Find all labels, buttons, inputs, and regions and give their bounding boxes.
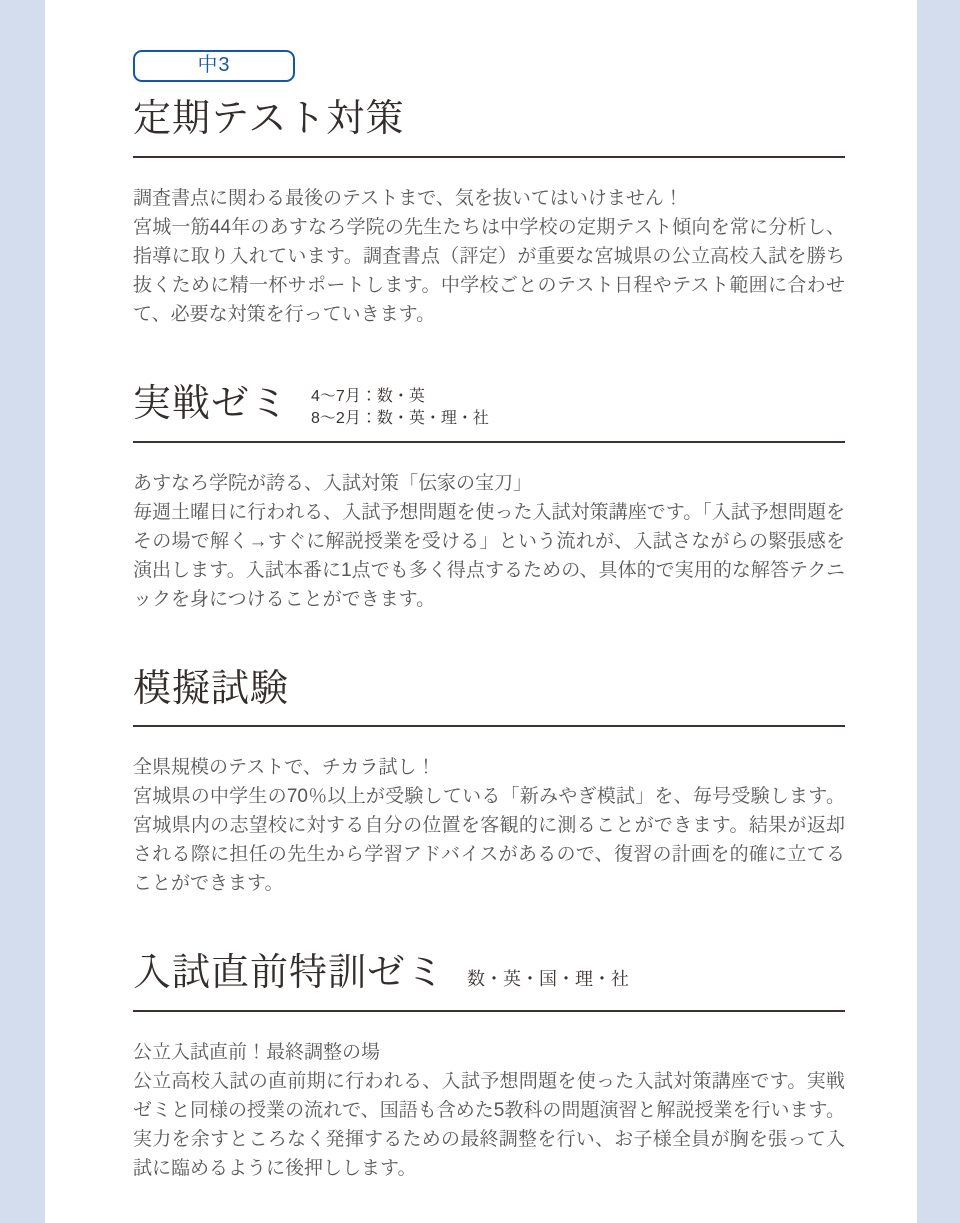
paragraph-text: 宮城一筋44年のあすなろ学院の先生たちは中学校の定期テスト傾向を常に分析し、指導… — [133, 213, 845, 329]
paragraph-lead: あすなろ学院が誇る、入試対策「伝家の宝刀」 — [133, 469, 845, 498]
paragraph-text: 毎週土曜日に行われる、入試予想問題を使った入試対策講座です。「入試予想問題をその… — [133, 498, 845, 614]
section-title: 入試直前特訓ゼミ — [133, 950, 445, 998]
subject-list: 数・英・国・理・社 — [467, 959, 629, 989]
section-pre-exam-special-seminar: 入試直前特訓ゼミ 数・英・国・理・社 公立入試直前！最終調整の場 公立高校入試の… — [133, 950, 845, 1183]
section-title: 実戦ゼミ — [133, 381, 289, 429]
section-title: 定期テスト対策 — [133, 96, 404, 144]
section-header: 定期テスト対策 — [133, 96, 845, 158]
section-title: 模擬試験 — [133, 666, 289, 714]
section-paragraph: 全県規模のテストで、チカラ試し！ 宮城県の中学生の70％以上が受験している「新み… — [133, 753, 845, 898]
section-paragraph: 調査書点に関わる最後のテストまで、気を抜いてはいけません！ 宮城一筋44年のあす… — [133, 184, 845, 329]
content-column: 中3 定期テスト対策 調査書点に関わる最後のテストまで、気を抜いてはいけません！… — [45, 0, 917, 1223]
section-header: 実戦ゼミ 4〜7月：数・英 8〜2月：数・英・理・社 — [133, 381, 845, 443]
section-mock-exam: 模擬試験 全県規模のテストで、チカラ試し！ 宮城県の中学生の70％以上が受験して… — [133, 666, 845, 899]
section-regular-test-prep: 定期テスト対策 調査書点に関わる最後のテストまで、気を抜いてはいけません！ 宮城… — [133, 96, 845, 329]
paragraph-text: 公立高校入試の直前期に行われる、入試予想問題を使った入試対策講座です。実戦ゼミと… — [133, 1067, 845, 1183]
subject-schedule: 4〜7月：数・英 8〜2月：数・英・理・社 — [311, 381, 489, 429]
content-panel: 中3 定期テスト対策 調査書点に関わる最後のテストまで、気を抜いてはいけません！… — [45, 0, 917, 1223]
paragraph-lead: 全県規模のテストで、チカラ試し！ — [133, 753, 845, 782]
section-header: 入試直前特訓ゼミ 数・英・国・理・社 — [133, 950, 845, 1012]
section-jissen-seminar: 実戦ゼミ 4〜7月：数・英 8〜2月：数・英・理・社 あすなろ学院が誇る、入試対… — [133, 381, 845, 614]
paragraph-lead: 調査書点に関わる最後のテストまで、気を抜いてはいけません！ — [133, 184, 845, 213]
section-paragraph: 公立入試直前！最終調整の場 公立高校入試の直前期に行われる、入試予想問題を使った… — [133, 1038, 845, 1183]
grade-badge: 中3 — [133, 50, 295, 82]
subject-list-line: 数・英・国・理・社 — [467, 969, 629, 989]
section-header: 模擬試験 — [133, 666, 845, 728]
schedule-line-1: 4〜7月：数・英 — [311, 387, 489, 407]
paragraph-lead: 公立入試直前！最終調整の場 — [133, 1038, 845, 1067]
schedule-line-2: 8〜2月：数・英・理・社 — [311, 409, 489, 429]
paragraph-text: 宮城県の中学生の70％以上が受験している「新みやぎ模試」を、毎号受験します。宮城… — [133, 782, 845, 898]
section-paragraph: あすなろ学院が誇る、入試対策「伝家の宝刀」 毎週土曜日に行われる、入試予想問題を… — [133, 469, 845, 614]
